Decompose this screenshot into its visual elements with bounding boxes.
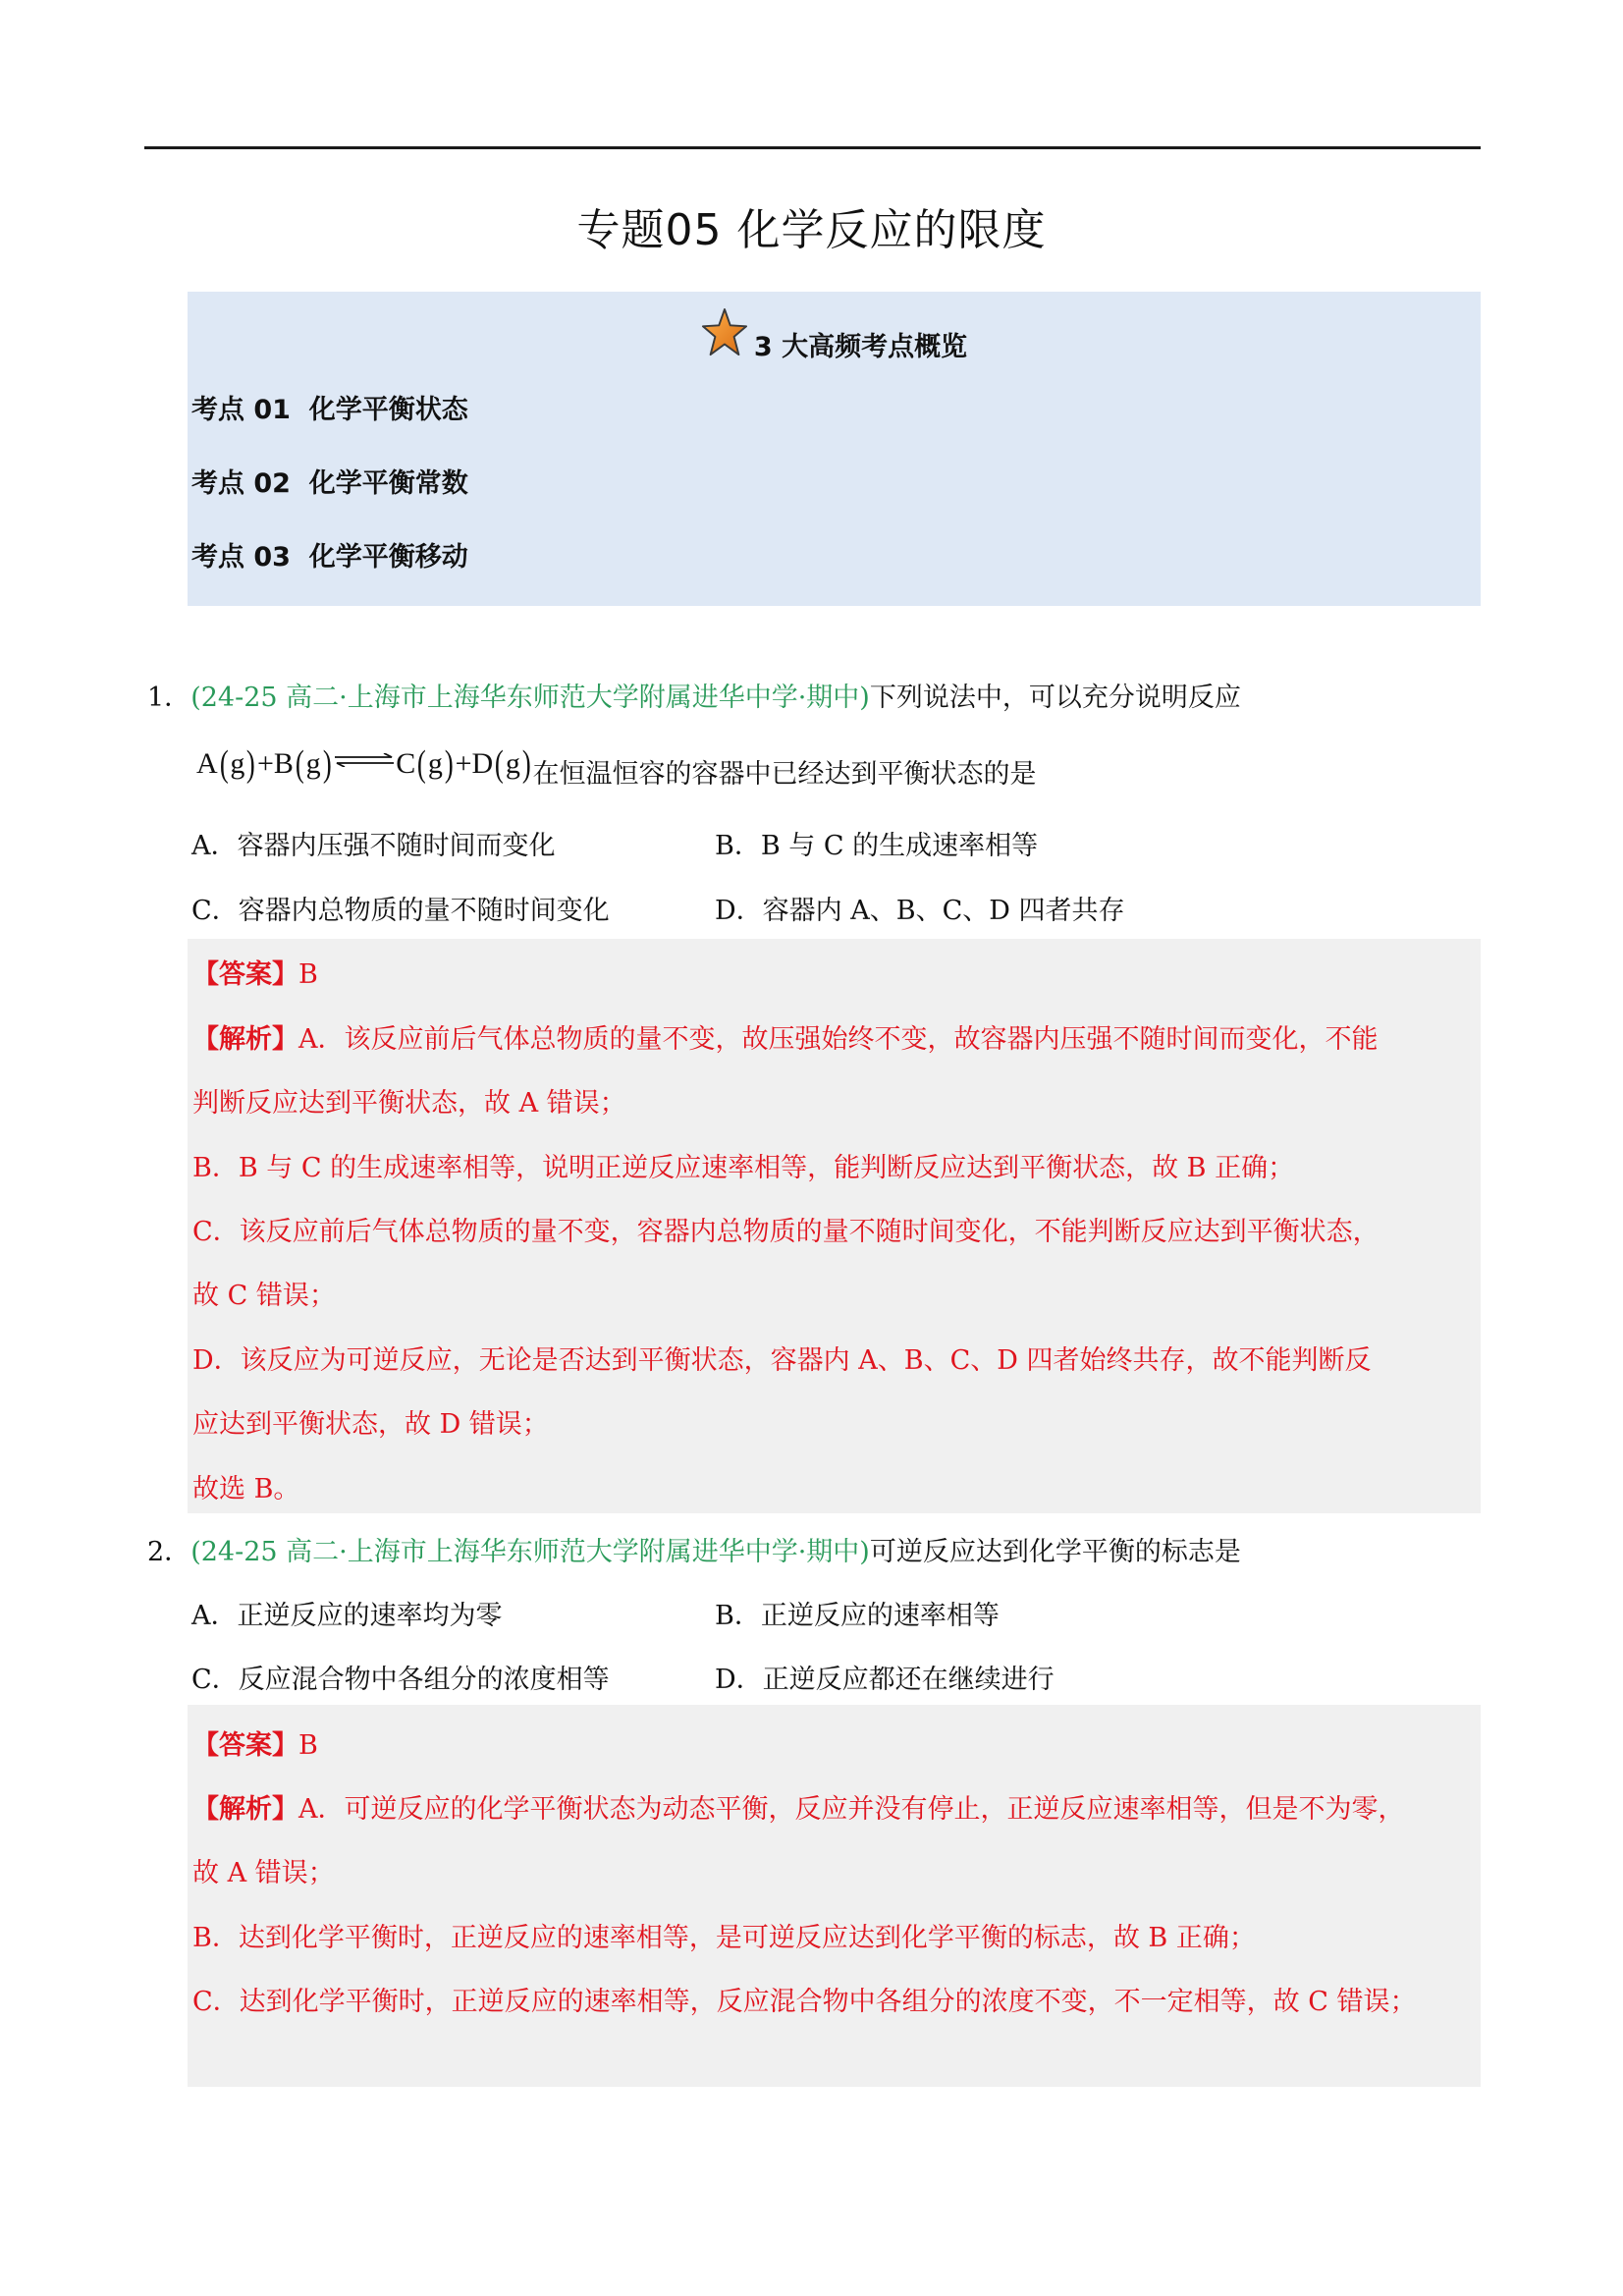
state-g: g bbox=[306, 747, 321, 780]
analysis-label: 【解析】 bbox=[192, 1024, 298, 1055]
star-icon bbox=[701, 307, 748, 358]
answer-label: 【答案】 bbox=[192, 1730, 298, 1761]
option-c: C．容器内总物质的量不随时间变化 bbox=[191, 894, 610, 929]
overview-box: 3 大高频考点概览 考点 01 化学平衡状态 考点 02 化学平衡常数 考点 0… bbox=[188, 292, 1481, 606]
answer-value: B bbox=[298, 959, 318, 990]
question-number: 1． bbox=[147, 683, 190, 713]
analysis-line: B．B 与 C 的生成速率相等，说明正逆反应速率相等，能判断反应达到平衡状态，故… bbox=[192, 1151, 1294, 1186]
answer-value: B bbox=[298, 1730, 318, 1761]
question-source: (24-25 高二·上海市上海华东师范大学附属进华中学·期中) bbox=[190, 1537, 870, 1567]
analysis-line: 故 C 错误； bbox=[192, 1279, 336, 1314]
analysis-line: 应达到平衡状态，故 D 错误； bbox=[192, 1407, 549, 1443]
page-title: 专题05 化学反应的限度 bbox=[0, 201, 1623, 260]
analysis-line: B．达到化学平衡时，正逆反应的速率相等，是可逆反应达到化学平衡的标志，故 B 正… bbox=[192, 1921, 1256, 1956]
state-g: g bbox=[428, 747, 443, 780]
analysis-text: A．可逆反应的化学平衡状态为动态平衡，反应并没有停止，正逆反应速率相等，但是不为… bbox=[298, 1794, 1405, 1825]
question-1-stem: 1．(24-25 高二·上海市上海华东师范大学附属进华中学·期中)下列说法中，可… bbox=[147, 681, 1241, 716]
reaction-equation: A(g)+B(g)C(g)+D(g)在恒温恒容的容器中已经达到平衡状态的是 bbox=[196, 746, 1036, 782]
analysis-line: 【解析】A．可逆反应的化学平衡状态为动态平衡，反应并没有停止，正逆反应速率相等，… bbox=[192, 1792, 1405, 1828]
topic-01: 考点 01 化学平衡状态 bbox=[191, 394, 468, 427]
state-g: g bbox=[506, 747, 520, 780]
analysis-line: C．该反应前后气体总物质的量不变，容器内总物质的量不随时间变化，不能判断反应达到… bbox=[192, 1215, 1380, 1250]
state-g: g bbox=[230, 747, 244, 780]
option-b: B．B 与 C 的生成速率相等 bbox=[715, 829, 1038, 864]
option-c: C．反应混合物中各组分的浓度相等 bbox=[191, 1663, 610, 1698]
answer-line: 【答案】B bbox=[192, 1728, 318, 1764]
analysis-line: 判断反应达到平衡状态，故 A 错误； bbox=[192, 1086, 626, 1121]
analysis-label: 【解析】 bbox=[192, 1794, 298, 1825]
species-b: B bbox=[274, 747, 294, 780]
species-a: A bbox=[196, 747, 218, 780]
option-a: A．容器内压强不随时间而变化 bbox=[191, 829, 556, 864]
header-rule bbox=[144, 146, 1481, 149]
species-d: D bbox=[471, 747, 493, 780]
analysis-line: C．达到化学平衡时，正逆反应的速率相等，反应混合物中各组分的浓度不变，不一定相等… bbox=[192, 1985, 1416, 2020]
equilibrium-arrow-icon bbox=[335, 753, 394, 767]
analysis-line: 故 A 错误； bbox=[192, 1856, 335, 1891]
overview-title: 3 大高频考点概览 bbox=[754, 331, 967, 364]
topic-03: 考点 03 化学平衡移动 bbox=[191, 541, 468, 574]
equation-condition: 在恒温恒容的容器中已经达到平衡状态的是 bbox=[532, 759, 1036, 789]
question-number: 2． bbox=[147, 1537, 190, 1567]
analysis-text: A．该反应前后气体总物质的量不变，故压强始终不变，故容器内压强不随时间而变化，不… bbox=[298, 1024, 1379, 1055]
question-text: 下列说法中，可以充分说明反应 bbox=[870, 683, 1241, 713]
option-b: B．正逆反应的速率相等 bbox=[715, 1599, 1000, 1634]
topic-02: 考点 02 化学平衡常数 bbox=[191, 467, 468, 501]
overview-header: 3 大高频考点概览 bbox=[188, 319, 1481, 364]
analysis-line: D．该反应为可逆反应，无论是否达到平衡状态，容器内 A、B、C、D 四者始终共存… bbox=[192, 1343, 1371, 1379]
analysis-line: 【解析】A．该反应前后气体总物质的量不变，故压强始终不变，故容器内压强不随时间而… bbox=[192, 1022, 1379, 1058]
option-a: A．正逆反应的速率均为零 bbox=[191, 1599, 503, 1634]
option-d: D．容器内 A、B、C、D 四者共存 bbox=[715, 894, 1124, 929]
answer-box-2 bbox=[188, 1705, 1481, 2087]
question-source: (24-25 高二·上海市上海华东师范大学附属进华中学·期中) bbox=[190, 683, 870, 713]
question-2-stem: 2．(24-25 高二·上海市上海华东师范大学附属进华中学·期中)可逆反应达到化… bbox=[147, 1535, 1241, 1570]
option-d: D．正逆反应都还在继续进行 bbox=[715, 1663, 1055, 1698]
answer-line: 【答案】B bbox=[192, 957, 318, 993]
species-c: C bbox=[396, 747, 415, 780]
question-text: 可逆反应达到化学平衡的标志是 bbox=[870, 1537, 1241, 1567]
answer-label: 【答案】 bbox=[192, 959, 298, 990]
analysis-line: 故选 B。 bbox=[192, 1472, 299, 1507]
